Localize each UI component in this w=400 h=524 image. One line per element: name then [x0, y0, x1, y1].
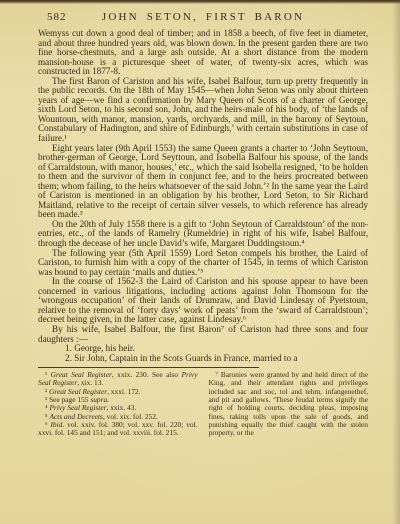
paragraph: By his wife, Isabel Balfour, the first B…	[38, 325, 368, 344]
paragraph: On the 20th of July 1558 there is a gift…	[38, 220, 368, 249]
paragraph: The first Baron of Cariston and his wife…	[38, 77, 368, 144]
footnote-text-segment: ⁷ Baronies were granted by and held dire…	[209, 370, 369, 437]
paragraph: Wemyss cut down a good deal of timber; a…	[38, 29, 368, 77]
page-header: 582 JOHN SETON, FIRST BARON	[38, 11, 368, 24]
footnote-rule	[38, 367, 259, 368]
paragraph: The following year (5th April 1559) Lord…	[38, 249, 368, 278]
footnote-text-segment: , xxix. 230. See also	[112, 370, 182, 379]
running-title: JOHN SETON, FIRST BARON	[38, 11, 368, 24]
book-page: 582 JOHN SETON, FIRST BARON Wemyss cut d…	[0, 0, 400, 524]
body-text: Wemyss cut down a good deal of timber; a…	[38, 29, 368, 363]
page-number: 582	[47, 11, 67, 24]
page-content: 582 JOHN SETON, FIRST BARON Wemyss cut d…	[0, 0, 400, 438]
footnote: ⁶ Ibid. vol. xxiv. fol. 380; vol. xxv. f…	[38, 421, 198, 438]
footnote-column-right: ⁷ Baronies were granted by and held dire…	[209, 371, 369, 437]
list-item: 2. Sir John, Captain in the Scots Guards…	[38, 354, 368, 364]
paragraph: In the course of 1562-3 the Laird of Car…	[38, 277, 368, 325]
footnote: ⁷ Baronies were granted by and held dire…	[209, 371, 369, 437]
footnote-column-left: ¹ Great Seal Register, xxix. 230. See al…	[38, 371, 198, 437]
footnote-text-segment: , xxxi. 172.	[107, 387, 140, 396]
footnotes: ¹ Great Seal Register, xxix. 230. See al…	[38, 371, 368, 437]
paragraph: Eight years later (9th April 1553) the s…	[38, 144, 368, 220]
footnote: ¹ Great Seal Register, xxix. 230. See al…	[38, 371, 198, 388]
